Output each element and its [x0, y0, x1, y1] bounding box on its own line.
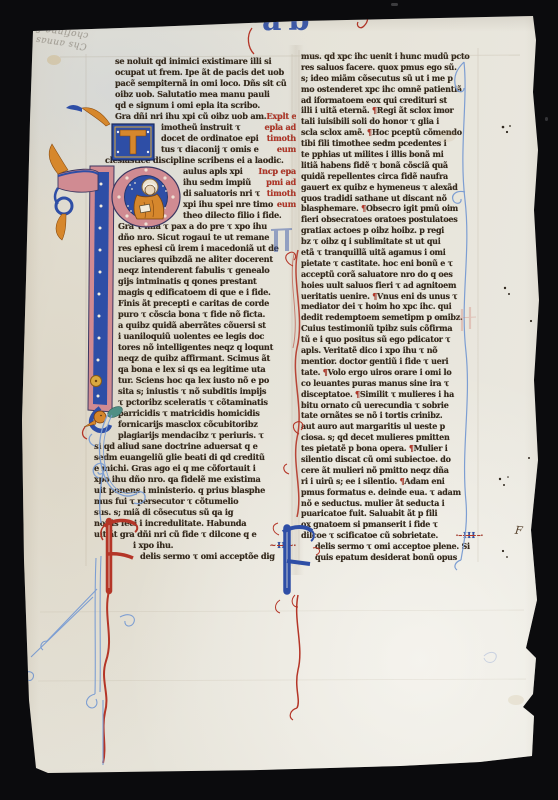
text-segment: clesiastice discipline scribens ei a lao…: [105, 155, 284, 165]
text-line: ciosa. s; qd decet mulieres pmitten: [301, 432, 483, 443]
text-line: mus fui τ persecutor τ cõtumelio: [88, 496, 296, 507]
margin-guide-letter: F: [514, 524, 523, 538]
text-line: imotheũ instruit τepla ad: [88, 122, 296, 133]
text-segment: illi i uitã eternã.: [301, 105, 372, 115]
text-segment: gauert ex quibz e hymeneus τ alexãd: [301, 182, 458, 192]
arm-curl: [56, 198, 72, 214]
text-line: sus. s; miã di cõsecutus sũ qa ig: [88, 507, 296, 518]
text-segment: aulus apls xpi: [183, 166, 243, 176]
text-segment: ~·: [287, 540, 296, 550]
pencil-inscription: Chs annas hb chofinna & Co: [15, 19, 89, 51]
text-line: co leuantes puras manus sine ira τ: [301, 378, 483, 389]
text-line: oibz uob. Salutatio mea manu pauli: [88, 89, 296, 100]
text-segment: fornicarijs masclox cõcubitoribz: [118, 419, 258, 429]
text-segment: di saluatoris nri τ: [183, 188, 260, 198]
text-line: sita s; iniustis τ nõ subditis impijs: [88, 386, 296, 397]
text-segment: i xpo ihu.: [133, 540, 173, 550]
text-line: gijs intminatis q qones prestant: [88, 276, 296, 287]
text-line: gauert ex quibz e hymeneus τ alexãd: [301, 182, 483, 193]
text-segment: epla ad: [265, 122, 296, 132]
text-segment: Gra τ mia τ pax a do pre τ xpo ihu: [118, 221, 267, 231]
text-segment: Gra dñi nri ihu xpi cũ oibz uob am.: [115, 111, 266, 121]
text-line: bitu ornato cũ uerecundia τ sobrie: [301, 400, 483, 411]
showthrough-squiggle: [484, 652, 496, 662]
text-line: ueritatis uenire. ¶Vnus eni ds unus τ: [301, 291, 483, 302]
text-segment: res ephesi cũ irem i macedoniã ut de: [118, 243, 279, 253]
text-line: tores nõ intelligentes neqz q loqunt: [88, 342, 296, 353]
text-line: puro τ cõscia bona τ fide nõ ficta.: [88, 309, 296, 320]
text-line: litiã habens fidẽ τ bonã cõsciã quã: [301, 160, 483, 171]
text-line: di saluatoris nri τtimoth: [88, 188, 296, 199]
text-column-left: se noluit qd inimici existimare illi sio…: [88, 56, 296, 562]
text-segment: mentior. doctor gentiũ i fide τ ueri: [301, 356, 448, 366]
text-segment: mus fui τ persecutor τ cõtumelio: [94, 496, 238, 506]
text-line: clesiastice discipline scribens ei a lao…: [88, 155, 296, 166]
text-segment: aut auro aut margaritis ul ueste p: [301, 421, 445, 431]
text-line: sedm euangeliũ glie beati di qd creditũ: [88, 452, 296, 463]
text-line: tus τ diaconij τ omis eeum: [88, 144, 296, 155]
text-segment: norãs feci i incredulitate. Habunda: [94, 518, 246, 528]
text-segment: imotheũ instruit τ: [161, 122, 240, 132]
text-segment: disceptatoe.: [301, 389, 355, 399]
text-segment: Incp epa: [258, 166, 296, 176]
text-line: tate ornãtes se nõ i tortis crinibz.: [301, 410, 483, 421]
text-segment: acceptũ corã saluatore nro do q oes: [301, 269, 453, 279]
text-segment: tes pietatẽ p bona opera.: [301, 443, 409, 453]
text-segment: quos tradidi sathane ut discant nõ: [301, 193, 447, 203]
text-segment: cere ãt mulieri nõ pmitto neqz dña: [301, 465, 449, 475]
text-segment: ihu sedm impiũ: [183, 177, 251, 187]
text-line: pacẽ sempiternã in omi loco. Dñs sit cũ: [88, 78, 296, 89]
text-segment: –·: [477, 530, 483, 540]
text-line: tũ e i quo positus sũ ego pdicator τ: [301, 334, 483, 345]
text-line: i xpo ihu.~II~·: [88, 540, 296, 551]
text-line: bz τ oibz q i sublimitate st ut qui: [301, 236, 483, 247]
wormholes: [499, 125, 532, 558]
text-segment: bitu ornato cũ uerecundia τ sobrie: [301, 400, 449, 410]
text-segment: tibi fili timothee sedm pcedentes i: [301, 138, 446, 148]
text-segment: parricidis τ matricidis homicidis: [118, 408, 260, 418]
chapter-numeral: III: [462, 530, 477, 540]
text-line: mus. qd xpc ihc uenit i hunc mudũ pcto: [301, 51, 483, 62]
text-line: acceptũ corã saluatore nro do q oes: [301, 269, 483, 280]
text-segment: timoth: [267, 188, 296, 198]
text-segment: i uaniloquiũ uolentes ee legis doc: [118, 331, 264, 341]
text-segment: etã τ tranquillã uitã agamus i omi: [301, 247, 446, 257]
leaf-spray: [49, 144, 68, 174]
text-segment: litiã habens fidẽ τ bonã cõsciã quã: [301, 160, 448, 170]
text-segment: timoth: [267, 133, 296, 143]
text-line: silentio discat cũ omi subiectoe. do: [301, 454, 483, 465]
text-line: pmus formatus e. deinde eua. τ adam: [301, 487, 483, 498]
text-line: ox gnatoem si pmanserit i fide τ: [301, 519, 483, 530]
text-line: fornicarijs masclox cõcubitoribz: [88, 419, 296, 430]
text-line: dedit redemptoem semetipm p omibz.: [301, 312, 483, 323]
text-segment: uit ponens i ministerio. q prius blasphe: [94, 485, 265, 495]
text-segment: hoies uult saluos fieri τ ad agnitoem: [301, 280, 456, 290]
text-segment: puaricatoe fuit. Saluabit ãt p fili: [301, 508, 437, 518]
text-line: mediator dei τ hoim ho xpc ihc. qui: [301, 301, 483, 312]
text-line: aut auro aut margaritis ul ueste p: [301, 421, 483, 432]
text-line: ocupat ut frem. Ipe ãt de pacis det uob: [88, 67, 296, 78]
running-title-trimmed: ab: [262, 3, 316, 38]
text-line: docet de ordinatoe epitimoth: [88, 133, 296, 144]
text-segment: Regi ãt sclox imor: [377, 105, 454, 115]
text-line: res ephesi cũ irem i macedoniã ut de: [88, 243, 296, 254]
text-segment: ocupat ut frem. Ipe ãt de pacis det uob: [115, 67, 284, 77]
text-segment: Hoc pceptũ cõmendo: [372, 127, 462, 137]
text-line: gratiax actoes p oibz hoibz. p regi: [301, 225, 483, 236]
text-segment: tus τ diaconij τ omis e: [161, 144, 259, 154]
text-line: quis epatum desiderat bonũ opus: [301, 552, 483, 563]
text-segment: nuciares quibzdã ne aliter docerent: [118, 254, 273, 264]
text-line: tibi fili timothee sedm pcedentes i: [301, 138, 483, 149]
text-segment: s; ideo miãm cõsecutus sũ ut i me p: [301, 73, 453, 83]
text-segment: dilcoe τ scificatoe cũ sobrietate.: [301, 530, 438, 540]
text-line: fieri obsecratoes oratoes postulatoes: [301, 214, 483, 225]
text-column-right: mus. qd xpc ihc uenit i hunc mudũ pctore…: [301, 51, 483, 563]
text-segment: tali iuisibili soli do honor τ glia i: [301, 116, 439, 126]
text-segment: neqz intenderent fabulis τ genealo: [118, 265, 269, 275]
text-line: se noluit qd inimici existimare illi si: [88, 56, 296, 67]
text-line: dño nro. Sicut rogaui te ut remane: [88, 232, 296, 243]
text-line: pietate τ castitate. hoc eni bonũ e τ: [301, 258, 483, 269]
text-segment: ad iformatoem eox qui credituri st: [301, 95, 447, 105]
text-line: quos tradidi sathane ut discant nõ: [301, 193, 483, 204]
text-line: tes pietatẽ p bona opera. ¶Mulier i: [301, 443, 483, 454]
text-line: theo dilecto filio i fide.: [88, 210, 296, 221]
text-segment: delis sermo τ omi acceptõe dig: [140, 551, 275, 561]
text-segment: qd e signum i omi epla ita scribo.: [115, 100, 260, 110]
text-segment: nõ e seductus. mulier ãt seducta i: [301, 498, 444, 508]
text-segment: Cuius testimoniũ tpibz suis cõfirma: [301, 323, 452, 333]
text-segment: tate.: [301, 367, 323, 377]
text-line: plagiarijs mendacibz τ periuris. τ: [88, 430, 296, 441]
text-segment: dedit redemptoem semetipm p omibz.: [301, 312, 463, 322]
text-segment: quidã repellentes circa fidẽ naufra: [301, 171, 448, 181]
photo-scan: { "artifact_type": "illuminated medieval…: [0, 0, 558, 800]
text-segment: quis epatum desiderat bonũ opus: [315, 552, 457, 562]
text-segment: ciosa. s; qd decet mulieres pmitten: [301, 432, 450, 442]
text-line: τ pctoribz sceleratis τ cõtaminatis: [88, 397, 296, 408]
text-segment: pietate τ castitate. hoc eni bonũ e τ: [301, 258, 453, 268]
text-segment: tate ornãtes se nõ i tortis crinibz.: [301, 410, 442, 420]
text-segment: tur. Sciens hoc qa lex iusto nõ e po: [118, 375, 269, 385]
text-segment: pmus formatus e. deinde eua. τ adam: [301, 487, 461, 497]
text-line: nõ e seductus. mulier ãt seducta i: [301, 498, 483, 509]
text-line: dilcoe τ scificatoe cũ sobrietate.·–III–…: [301, 530, 483, 541]
text-segment: ri i uirũ s; ee i silentio.: [301, 476, 400, 486]
text-line: a quibz quidã aberrãtes cõuersi st: [88, 320, 296, 331]
text-line: parricidis τ matricidis homicidis: [88, 408, 296, 419]
text-segment: delis sermo τ omi acceptoe plene. Si: [315, 541, 470, 551]
text-line: disceptatoe. ¶Similit τ mulieres i ha: [301, 389, 483, 400]
text-segment: ~: [269, 540, 276, 550]
background-speck: [391, 3, 398, 6]
text-line: delis sermo τ omi acceptoe plene. Si: [301, 541, 483, 552]
text-line: neqz intenderent fabulis τ genealo: [88, 265, 296, 276]
text-line: delis sermo τ omi acceptõe dig: [88, 551, 296, 562]
text-line: Gra τ mia τ pax a do pre τ xpo ihu: [88, 221, 296, 232]
text-line: scla sclox amẽ. ¶Hoc pceptũ cõmendo: [301, 127, 483, 138]
manuscript-leaf: Chs annas hb chofinna & Co ab se noluit …: [0, 0, 558, 800]
background-speck: [545, 117, 548, 121]
text-segment: Explt epa: [266, 111, 296, 121]
text-segment: Obsecro igit pmũ oim: [366, 203, 458, 213]
text-segment: sedm euangeliũ glie beati di qd creditũ: [94, 452, 265, 462]
text-segment: puro τ cõscia bona τ fide nõ ficta.: [118, 309, 265, 319]
text-segment: xpo ihu dño nro. qa fidelẽ me existima: [94, 474, 261, 484]
text-segment: Similit τ mulieres i ha: [360, 389, 454, 399]
text-line: Gra dñi nri ihu xpi cũ oibz uob am.Explt…: [88, 111, 296, 122]
text-segment: pacẽ sempiternã in omi loco. Dñs sit cũ: [115, 78, 286, 88]
text-line: blasphemare. ¶Obsecro igit pmũ oim: [301, 203, 483, 214]
text-segment: si qd aliud sane doctrine aduersat q e: [94, 441, 258, 451]
text-line: i uaniloquiũ uolentes ee legis doc: [88, 331, 296, 342]
text-segment: magis q edificatoem di que e i fide.: [118, 287, 271, 297]
text-segment: pmi ad: [266, 177, 296, 187]
text-segment: docet de ordinatoe epi: [161, 133, 259, 143]
text-segment: τ pctoribz sceleratis τ cõtaminatis: [118, 397, 268, 407]
text-segment: silentio discat cũ omi subiectoe. do: [301, 454, 451, 464]
text-line: Finis ãt precepti e caritas de corde: [88, 298, 296, 309]
text-line: tur. Sciens hoc qa lex iusto nõ e po: [88, 375, 296, 386]
text-line: tali iuisibili soli do honor τ glia i: [301, 116, 483, 127]
text-segment: te pphias ut milites i illis bonã mi: [301, 149, 444, 159]
red-f-tail: [103, 591, 109, 763]
text-segment: ueritatis uenire.: [301, 291, 372, 301]
text-segment: eum: [277, 144, 296, 154]
text-segment: neqz de quibz affirmant. Scimus ãt: [118, 353, 270, 363]
text-segment: res saluos facere. quox pmus ego sũ.: [301, 62, 457, 72]
text-line: uit ponens i ministerio. q prius blasphe: [88, 485, 296, 496]
text-segment: a quibz quidã aberrãtes cõuersi st: [118, 320, 266, 330]
text-line: qa bona e lex si qs ea legitime uta: [88, 364, 296, 375]
text-segment: uit ãt gra dñi nri cũ fide τ dilcone q e: [94, 529, 256, 539]
text-segment: oibz uob. Salutatio mea manu pauli: [115, 89, 270, 99]
text-line: e michi. Gras ago ei q me cõfortauit i: [88, 463, 296, 474]
text-segment: Volo ergo uiros orare i omi lo: [328, 367, 452, 377]
text-line: mentior. doctor gentiũ i fide τ ueri: [301, 356, 483, 367]
text-segment: scla sclox amẽ.: [301, 127, 367, 137]
text-line: s; ideo miãm cõsecutus sũ ut i me p: [301, 73, 483, 84]
text-segment: blasphemare.: [301, 203, 361, 213]
text-line: te pphias ut milites i illis bonã mi: [301, 149, 483, 160]
text-segment: fieri obsecratoes oratoes postulatoes: [301, 214, 458, 224]
text-line: etã τ tranquillã uitã agamus i omi: [301, 247, 483, 258]
text-line: puaricatoe fuit. Saluabit ãt p fili: [301, 508, 483, 519]
text-segment: bz τ oibz q i sublimitate st ut qui: [301, 236, 441, 246]
text-segment: Vnus eni ds unus τ: [377, 291, 457, 301]
text-segment: mo ostenderet xpc ihc omnẽ patientiã: [301, 84, 462, 94]
text-segment: Mulier i: [414, 443, 448, 453]
chapter-numeral: II: [276, 540, 287, 550]
text-line: illi i uitã eternã. ¶Regi ãt sclox imor: [301, 105, 483, 116]
text-segment: sus. s; miã di cõsecutus sũ qa ig: [94, 507, 233, 517]
text-line: uit ãt gra dñi nri cũ fide τ dilcone q e: [88, 529, 296, 540]
text-line: mo ostenderet xpc ihc omnẽ patientiã: [301, 84, 483, 95]
text-segment: plagiarijs mendacibz τ periuris. τ: [118, 430, 264, 440]
text-segment: mediator dei τ hoim ho xpc ihc. qui: [301, 301, 451, 311]
text-line: si qd aliud sane doctrine aduersat q e: [88, 441, 296, 452]
text-segment: theo dilecto filio i fide.: [183, 210, 282, 220]
text-segment: Adam eni: [404, 476, 444, 486]
text-line: norãs feci i incredulitate. Habunda: [88, 518, 296, 529]
text-segment: Finis ãt precepti e caritas de corde: [118, 298, 269, 308]
text-segment: apls. Veritatẽ dico i xpo ihu τ nõ: [301, 345, 437, 355]
text-line: xpi ihu spei nre timoeum: [88, 199, 296, 210]
text-segment: ox gnatoem si pmanserit i fide τ: [301, 519, 438, 529]
text-line: ri i uirũ s; ee i silentio. ¶Adam eni: [301, 476, 483, 487]
text-line: nuciares quibzdã ne aliter docerent: [88, 254, 296, 265]
text-segment: gijs intminatis q qones prestant: [118, 276, 257, 286]
blue-filigree-lower-margin: [25, 556, 134, 765]
text-segment: co leuantes puras manus sine ira τ: [301, 378, 449, 388]
text-segment: eum: [277, 199, 296, 209]
text-segment: dño nro. Sicut rogaui te ut remane: [118, 232, 269, 242]
text-line: hoies uult saluos fieri τ ad agnitoem: [301, 280, 483, 291]
text-line: apls. Veritatẽ dico i xpo ihu τ nõ: [301, 345, 483, 356]
text-line: xpo ihu dño nro. qa fidelẽ me existima: [88, 474, 296, 485]
text-line: cere ãt mulieri nõ pmitto neqz dña: [301, 465, 483, 476]
text-segment: sita s; iniustis τ nõ subditis impijs: [118, 386, 266, 396]
text-line: quidã repellentes circa fidẽ naufra: [301, 171, 483, 182]
text-segment: tores nõ intelligentes neqz q loqunt: [118, 342, 273, 352]
text-segment: e michi. Gras ago ei q me cõfortauit i: [94, 463, 256, 473]
text-line: Cuius testimoniũ tpibz suis cõfirma: [301, 323, 483, 334]
text-line: neqz de quibz affirmant. Scimus ãt: [88, 353, 296, 364]
text-segment: se noluit qd inimici existimare illi si: [115, 56, 271, 66]
text-line: res saluos facere. quox pmus ego sũ.: [301, 62, 483, 73]
text-segment: tũ e i quo positus sũ ego pdicator τ: [301, 334, 450, 344]
text-segment: xpi ihu spei nre timo: [183, 199, 273, 209]
text-segment: gratiax actoes p oibz hoibz. p regi: [301, 225, 444, 235]
text-line: aulus apls xpiIncp epa: [88, 166, 296, 177]
text-segment: mus. qd xpc ihc uenit i hunc mudũ pcto: [301, 51, 470, 61]
text-line: ihu sedm impiũpmi ad: [88, 177, 296, 188]
text-segment: qa bona e lex si qs ea legitime uta: [118, 364, 265, 374]
text-line: tate. ¶Volo ergo uiros orare i omi lo: [301, 367, 483, 378]
text-line: magis q edificatoem di que e i fide.: [88, 287, 296, 298]
text-line: ad iformatoem eox qui credituri st: [301, 95, 483, 106]
text-line: qd e signum i omi epla ita scribo.: [88, 100, 296, 111]
